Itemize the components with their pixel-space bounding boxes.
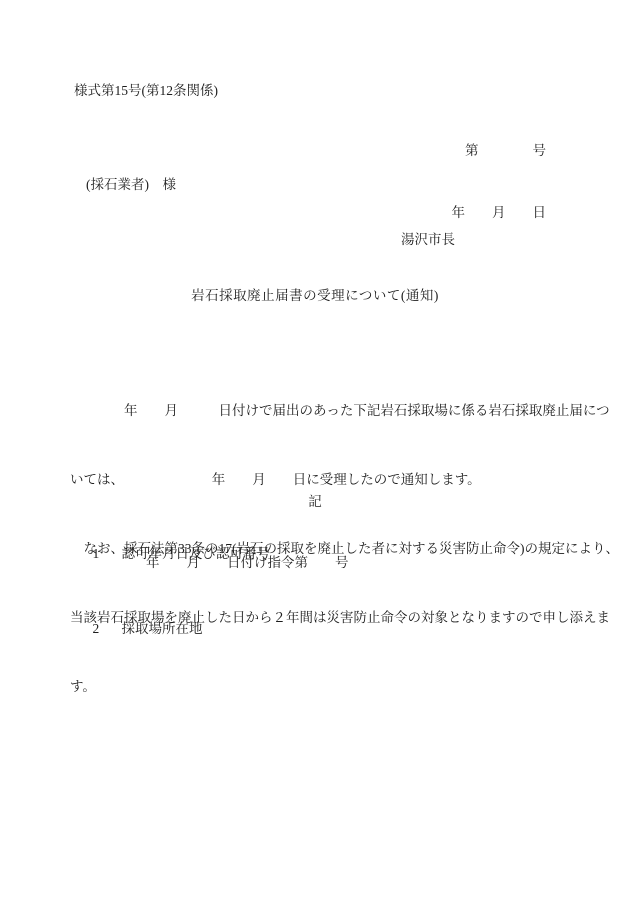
item-1-number: 1 [93, 546, 122, 562]
document-title: 岩石採取廃止届書の受理について(通知) [0, 284, 630, 304]
document-page: 様式第15号(第12条関係) 第 号 年 月 日 (採石業者) 様 湯沢市長 岩… [0, 0, 630, 903]
document-date-line: 年 月 日 [452, 203, 547, 224]
addressee: (採石業者) 様 [86, 173, 176, 193]
list-item-2: 2採取場所在地 [79, 601, 203, 653]
body-line-1: 年 月 日付けで届出のあった下記岩石採取場に係る岩石採取廃止届につ [70, 399, 619, 422]
item-1-detail: 年 月 日付け指令第 号 [146, 551, 349, 571]
body-line-5: す。 [70, 675, 619, 698]
item-2-number: 2 [93, 621, 122, 637]
body-line-2: いては、 年 月 日に受理したので通知します。 [70, 468, 619, 491]
record-heading: 記 [0, 490, 630, 510]
form-number: 様式第15号(第12条関係) [74, 79, 218, 99]
reference-block: 第 号 年 月 日 [452, 100, 547, 264]
sender-title: 湯沢市長 [401, 228, 455, 248]
document-number-line: 第 号 [452, 141, 547, 162]
item-2-label: 採取場所在地 [122, 621, 203, 636]
